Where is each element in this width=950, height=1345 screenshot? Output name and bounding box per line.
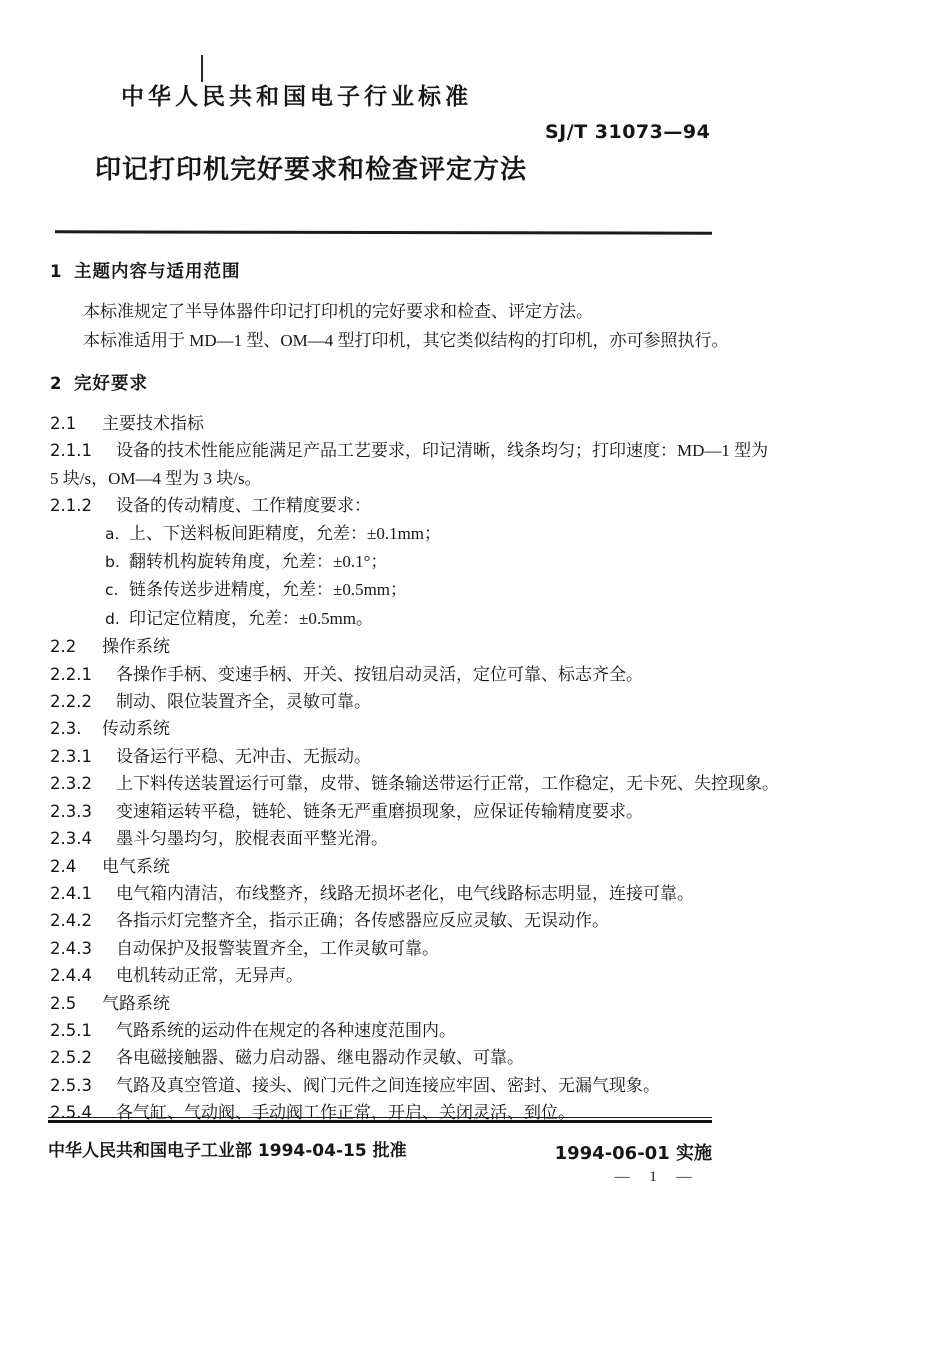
doc-line: 2.5.3气路及真空管道、接头、阀门元件之间连接应牢固、密封、无漏气现象。 [50,1072,718,1099]
clause-text: 印记定位精度，允差：±0.5mm。 [129,609,373,628]
clause-text: 各操作手柄、变速手柄、开关、按钮启动灵活，定位可靠、标志齐全。 [116,665,643,684]
clause-text: 链条传送步进精度，允差：±0.5mm； [129,580,407,599]
doc-line: 2.2.1各操作手柄、变速手柄、开关、按钮启动灵活，定位可靠、标志齐全。 [50,661,718,688]
doc-line: 2.1.1设备的技术性能应能满足产品工艺要求，印记清晰，线条均匀；打印速度：MD… [50,437,718,464]
clause-number: 2.4.3 [50,935,116,962]
clause-text: 设备的技术性能应能满足产品工艺要求，印记清晰，线条均匀；打印速度：MD—1 型为 [116,441,768,460]
clause-number: d. [105,605,129,633]
clause-number: 2.3. [50,715,102,742]
clause-number: 2.3.1 [50,743,116,770]
clause-number: 2.2 [50,633,102,660]
doc-line: b.翻转机构旋转角度，允差：±0.1°； [50,548,718,576]
doc-line: 2.5.2各电磁接触器、磁力启动器、继电器动作灵敏、可靠。 [50,1044,718,1071]
document-title: 印记打印机完好要求和检查评定方法 [95,149,527,186]
clause-text: 电机转动正常，无异声。 [116,966,303,985]
clause-text: 本标准规定了半导体器件印记打印机的完好要求和检查、评定方法。 [83,302,593,321]
doc-line: 2.3.3变速箱运转平稳，链轮、链条无严重磨损现象，应保证传输精度要求。 [50,798,718,825]
doc-line: c.链条传送步进精度，允差：±0.5mm； [50,576,718,604]
doc-line: 本标准规定了半导体器件印记打印机的完好要求和检查、评定方法。 [50,298,718,327]
clause-number: 2.5.2 [50,1044,116,1071]
clause-text: 本标准适用于 MD—1 型、OM—4 型打印机，其它类似结构的打印机，亦可参照执… [83,331,729,350]
clause-text: 变速箱运转平稳，链轮、链条无严重磨损现象，应保证传输精度要求。 [116,802,643,821]
doc-line: 2.3.传动系统 [50,715,718,742]
clause-text: 传动系统 [102,719,170,738]
standard-org-line: 中华人民共和国电子行业标准 [121,78,472,111]
clause-number: 2.4 [50,853,102,880]
clause-text: 上下料传送装置运行可靠，皮带、链条输送带运行正常，工作稳定，无卡死、失控现象。 [116,774,779,793]
doc-line: 2.2.2制动、限位装置齐全，灵敏可靠。 [50,688,718,715]
clause-text: 主要技术指标 [102,414,204,433]
doc-line: 本标准适用于 MD—1 型、OM—4 型打印机，其它类似结构的打印机，亦可参照执… [50,327,718,356]
clause-number: 1 [50,256,74,287]
doc-line: 2.1.2设备的传动精度、工作精度要求： [50,492,718,519]
clause-text: 设备的传动精度、工作精度要求： [116,496,371,515]
clause-text: 各指示灯完整齐全，指示正确；各传感器应反应灵敏、无误动作。 [116,911,609,930]
doc-line: 2.3.1设备运行平稳、无冲击、无振动。 [50,743,718,770]
doc-line: 2.4电气系统 [50,853,718,880]
doc-line: 1主题内容与适用范围 [50,256,718,288]
clause-text: 自动保护及报警装置齐全，工作灵敏可靠。 [116,939,439,958]
header-rule [55,230,712,234]
clause-number: 2.1 [50,410,102,437]
clause-number: 2.4.2 [50,907,116,934]
doc-line: d.印记定位精度，允差：±0.5mm。 [50,605,718,633]
clause-number: b. [105,548,129,576]
clause-text: 主题内容与适用范围 [74,262,241,282]
clause-text: 制动、限位装置齐全，灵敏可靠。 [116,692,371,711]
clause-number: 2.1.1 [50,437,116,464]
doc-line: 2.4.2各指示灯完整齐全，指示正确；各传感器应反应灵敏、无误动作。 [50,907,718,934]
doc-line: 2.1主要技术指标 [50,410,718,437]
doc-line: a.上、下送料板间距精度，允差：±0.1mm； [50,520,718,548]
clause-text: 完好要求 [74,374,148,394]
doc-line: 2.4.4电机转动正常，无异声。 [50,962,718,989]
clause-text: 操作系统 [102,637,170,656]
doc-line: 2.3.4墨斗匀墨均匀，胶棍表面平整光滑。 [50,825,718,852]
clause-number: 2.5.1 [50,1017,116,1044]
footer-effective-date: 1994-06-01 实施 [555,1139,712,1165]
doc-line: 5 块/s，OM—4 型为 3 块/s。 [50,465,718,492]
clause-text: 电气箱内清洁，布线整齐，线路无损坏老化，电气线路标志明显，连接可靠。 [116,884,694,903]
doc-line: 2.5.1气路系统的运动件在规定的各种速度范围内。 [50,1017,718,1044]
doc-line: 2完好要求 [50,368,718,400]
doc-line: 2.2操作系统 [50,633,718,660]
standard-number: SJ/T 31073—94 [545,121,710,143]
clause-text: 墨斗匀墨均匀，胶棍表面平整光滑。 [116,829,388,848]
footer-approval-line: 中华人民共和国电子工业部 1994-04-15 批准 [48,1136,407,1161]
clause-number: 2 [50,368,74,399]
clause-text: 5 块/s，OM—4 型为 3 块/s。 [50,469,262,488]
document-body: 1主题内容与适用范围本标准规定了半导体器件印记打印机的完好要求和检查、评定方法。… [50,256,718,1127]
clause-number: a. [105,520,129,548]
doc-line: 2.3.2上下料传送装置运行可靠，皮带、链条输送带运行正常，工作稳定，无卡死、失… [50,770,718,797]
clause-number: 2.1.2 [50,492,116,519]
doc-line: 2.4.1电气箱内清洁，布线整齐，线路无损坏老化，电气线路标志明显，连接可靠。 [50,880,718,907]
clause-text: 设备运行平稳、无冲击、无振动。 [116,747,371,766]
clause-number: 2.2.2 [50,688,116,715]
clause-number: c. [105,576,129,604]
doc-line: 2.4.3自动保护及报警装置齐全，工作灵敏可靠。 [50,935,718,962]
clause-text: 各电磁接触器、磁力启动器、继电器动作灵敏、可靠。 [116,1048,524,1067]
standard-document-page: 中华人民共和国电子行业标准 SJ/T 31073—94 印记打印机完好要求和检查… [0,0,950,1345]
clause-text: 电气系统 [102,857,170,876]
doc-line: 2.5气路系统 [50,990,718,1017]
clause-text: 气路及真空管道、接头、阀门元件之间连接应牢固、密封、无漏气现象。 [116,1076,660,1095]
page-number: — 1 — [608,1169,698,1186]
clause-number: 2.2.1 [50,661,116,688]
clause-text: 上、下送料板间距精度，允差：±0.1mm； [129,524,441,543]
clause-text: 翻转机构旋转角度，允差：±0.1°； [129,552,387,571]
clause-number: 2.5 [50,990,102,1017]
clause-number: 2.3.2 [50,770,116,797]
clause-text: 气路系统的运动件在规定的各种速度范围内。 [116,1021,456,1040]
footer-rule [48,1117,712,1123]
clause-number: 2.4.4 [50,962,116,989]
clause-text: 气路系统 [102,994,170,1013]
clause-number: 2.5.3 [50,1072,116,1099]
clause-number: 2.4.1 [50,880,116,907]
clause-number: 2.3.3 [50,798,116,825]
clause-number: 2.3.4 [50,825,116,852]
